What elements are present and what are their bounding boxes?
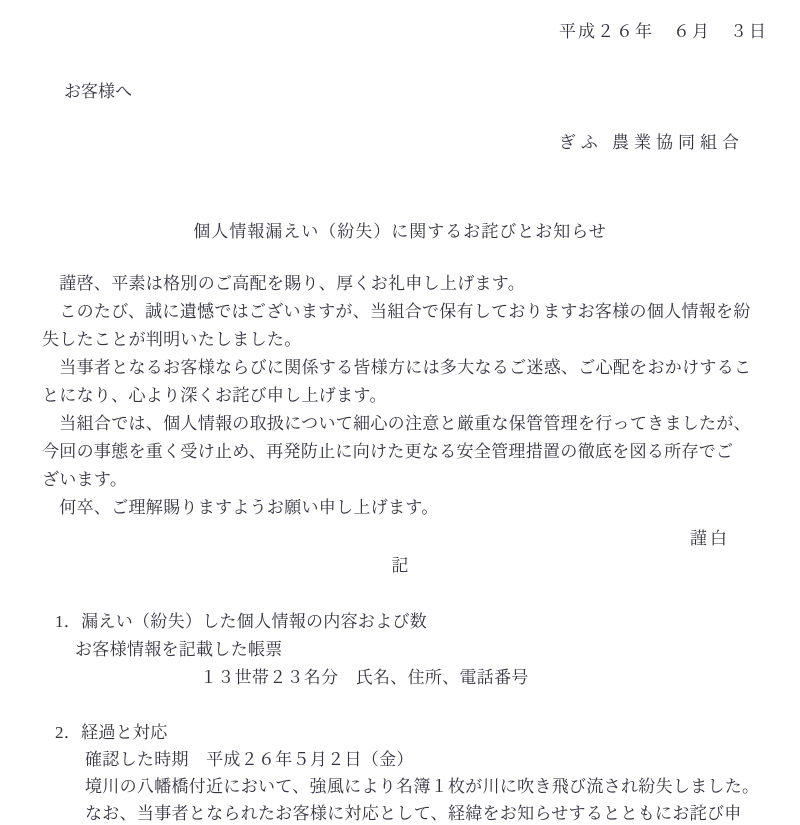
section-line: なお、当事者となられたお客様に対応として、経緯をお知らせするとともにお詫び申 [55, 800, 795, 825]
body-line: とになり、心より深くお詫び申し上げます。 [42, 382, 768, 410]
recipient-line: お客様へ [64, 78, 132, 106]
section-heading: 1．漏えい（紛失）した個人情報の内容および数 [55, 608, 795, 636]
section-line: １３世帯２３名分 氏名、住所、電話番号 [55, 664, 795, 692]
letter-body: 謹啓、平素は格別のご高配を賜り、厚くお礼申し上げます。 このたび、誠に遺憾ではご… [42, 270, 768, 522]
body-line: 謹啓、平素は格別のご高配を賜り、厚くお礼申し上げます。 [42, 270, 768, 298]
body-line: 失したことが判明いたしました。 [42, 326, 768, 354]
apology-letter-page: 平成２６年 ６月 ３日 お客様へ ぎふ 農業協同組合 個人情報漏えい（紛失）に関… [0, 0, 800, 825]
closing-word: 謹白 [690, 525, 730, 553]
document-date: 平成２６年 ６月 ３日 [559, 18, 768, 46]
section-line: 確認した時期 平成２６年５月２日（金） [55, 746, 795, 773]
document-title: 個人情報漏えい（紛失）に関するお詫びとお知らせ [0, 219, 800, 245]
section-progress-response: 2．経過と対応 確認した時期 平成２６年５月２日（金） 境川の八幡橋付近において… [55, 719, 795, 825]
body-line: 当組合では、個人情報の取扱について細心の注意と厳重な保管管理を行ってきましたが、 [42, 410, 768, 438]
body-line: 当事者となるお客様ならびに関係する皆様方には多大なるご迷惑、ご心配をおかけするこ [42, 354, 768, 382]
section-heading: 2．経過と対応 [55, 719, 795, 746]
section-line: お客様情報を記載した帳票 [55, 636, 795, 664]
body-line: 何卒、ご理解賜りますようお願い申し上げます。 [42, 494, 768, 522]
body-line: ざいます。 [42, 466, 768, 494]
body-line: 今回の事態を重く受け止め、再発防止に向けた更なる安全管理措置の徹底を図る所存でご [42, 438, 768, 466]
section-line: 境川の八幡橋付近において、強風により名簿１枚が川に吹き飛び流され紛失しました。 [55, 773, 795, 800]
body-line: このたび、誠に遺憾ではございますが、当組合で保有しておりますお客様の個人情報を紛 [42, 298, 768, 326]
organization-name: ぎふ 農業協同組合 [559, 129, 744, 157]
record-marker: 記 [0, 552, 800, 580]
section-leaked-info: 1．漏えい（紛失）した個人情報の内容および数 お客様情報を記載した帳票 １３世帯… [55, 608, 795, 692]
